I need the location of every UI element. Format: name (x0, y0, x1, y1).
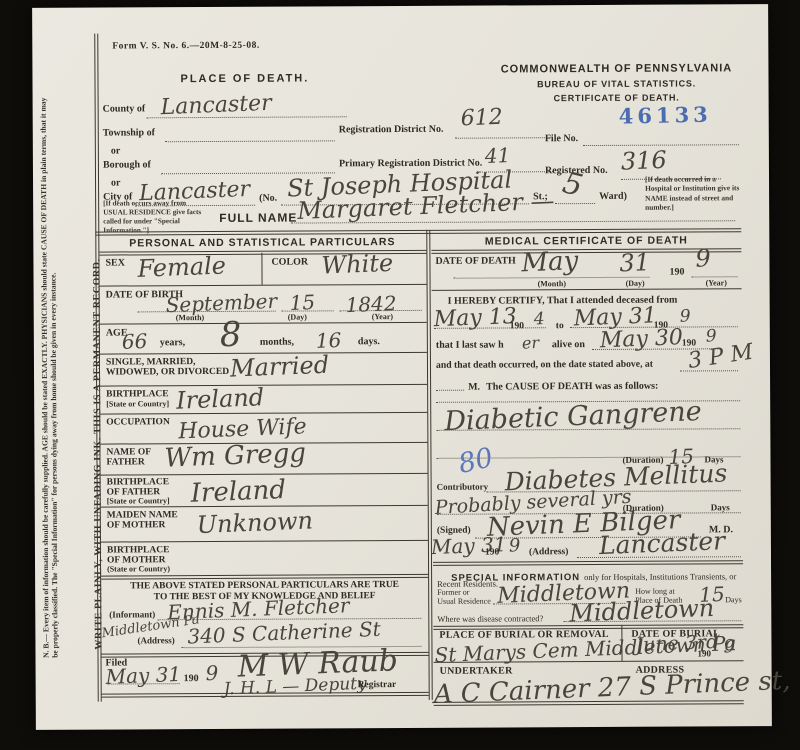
burial-year-value: 9 (723, 636, 735, 657)
age-days-value: 16 (315, 328, 341, 353)
last-saw-er: er (522, 333, 540, 353)
row-rule (100, 412, 427, 415)
file-no-label: File No. (545, 133, 578, 144)
row-rule (432, 288, 742, 291)
township-label: Township of (103, 127, 155, 138)
certificate-number-stamp: 46133 (618, 102, 712, 129)
sex-label: SEX (105, 257, 125, 268)
dotted-line (165, 140, 335, 142)
county-label: County of (103, 103, 146, 114)
filed-year-pre: 190 (184, 673, 199, 684)
last-saw-text2: alive on (552, 339, 585, 350)
dotted-line (680, 370, 738, 371)
father-birthplace-label: BIRTHPLACE (107, 477, 170, 487)
m-label: M. (468, 382, 480, 393)
dotted-line (282, 310, 334, 311)
hospital-note: [If death occurred in a Hospital or Inst… (645, 174, 743, 212)
mother-maiden-value: Unknown (196, 506, 313, 539)
birthplace-value: Ireland (176, 383, 265, 415)
color-label: COLOR (271, 256, 308, 267)
full-name-label: FULL NAME (219, 211, 297, 225)
row-rule (100, 322, 427, 325)
year-caption: (Year) (706, 278, 727, 287)
informant-address-label: (Address) (137, 635, 174, 645)
registrar-label: Registrar (358, 680, 397, 690)
informant-label: (Informant) (109, 609, 155, 619)
registered-no-value: 316 (620, 146, 667, 176)
father-name-label2: FATHER (106, 457, 144, 467)
age-months-value: 8 (219, 314, 242, 355)
certificate-paper: WRITE PLAINLY, WITH UNFADING INK. THIS I… (32, 4, 772, 730)
bureau-title: BUREAU OF VITAL STATISTICS. (488, 78, 744, 89)
howlong-days-label: Days (725, 595, 742, 604)
section-divider (433, 560, 743, 566)
section-divider (434, 700, 744, 706)
cell-divider (261, 253, 262, 285)
burial-year-pre: 190 (697, 648, 711, 658)
filed-year-value: 9 (205, 661, 219, 685)
dotted-line (455, 137, 553, 139)
column-divider (426, 230, 432, 700)
dod-day-value: 31 (619, 248, 651, 277)
statement-line1: THE ABOVE STATED PERSONAL PARTICULARS AR… (101, 580, 428, 592)
father-birthplace-value: Ireland (190, 475, 286, 509)
howlong-label: How long at (635, 587, 675, 596)
father-name-label: NAME OF (106, 447, 151, 457)
years-label: years, (160, 337, 185, 348)
dod-month-value: May (521, 246, 579, 278)
filed-date-value: May 31 (105, 662, 181, 689)
sign-address-value: Lancaster (598, 526, 725, 560)
father-birthplace-sublabel: [State or Country] (107, 496, 170, 505)
photographed-death-certificate: { "margin": { "warning": "WRITE PLAINLY,… (0, 0, 800, 750)
contracted-value: Middletown (569, 594, 715, 628)
date-of-death-label: DATE OF DEATH (435, 255, 515, 266)
month-caption: (Month) (538, 279, 566, 288)
mother-maiden-label2: OF MOTHER (107, 520, 166, 530)
sex-value: Female (137, 251, 227, 283)
year-caption: (Year) (372, 312, 393, 321)
place-of-death-title: PLACE OF DEATH. (180, 72, 309, 85)
ward-label: Ward) (599, 191, 627, 202)
contracted-label: Where was disease contracted? (437, 613, 543, 624)
days-label: days. (358, 336, 380, 347)
death-occurred-text: and that death occurred, on the date sta… (436, 359, 653, 371)
blue-pencil-mark: 80 (456, 442, 496, 480)
birthplace-sublabel: [State or Country] (106, 399, 169, 408)
borough-label: Borough of (103, 159, 151, 170)
form-number: Form V. S. No. 6.—20M-8-25-08. (112, 41, 259, 52)
dotted-line (577, 556, 741, 558)
street-no-label: (No. (259, 193, 277, 204)
registration-district-label: Registration District No. (339, 124, 444, 136)
row-rule (101, 540, 428, 543)
last-saw-text: that I last saw h (436, 339, 504, 350)
month-caption: (Month) (176, 313, 204, 322)
margin-nb-text: N. B.— Every item of information should … (39, 96, 61, 658)
undertaker-label: UNDERTAKER (440, 665, 513, 676)
dotted-line (555, 203, 595, 204)
dod-year-value: 9 (695, 244, 711, 273)
to-label: to (556, 321, 564, 331)
duration2-days-label: Days (711, 502, 730, 512)
mother-maiden-label: MAIDEN NAME (107, 510, 178, 520)
mother-birthplace-label: BIRTHPLACE (107, 545, 170, 555)
cause-intro-text: The CAUSE OF DEATH was as follows: (486, 381, 658, 393)
day-caption: (Day) (626, 279, 645, 288)
contributory-label: Contributory (437, 482, 489, 492)
usual-residence-note: [If death occurs away from USUAL RESIDEN… (103, 199, 211, 236)
row-rule (100, 284, 427, 287)
sign-year-value: 9 (509, 535, 521, 556)
death-time-value: 3 P M (686, 340, 754, 374)
dotted-line (147, 116, 347, 118)
primary-district-value: 41 (484, 143, 510, 168)
father-name-value: Wm Gregg (164, 438, 307, 474)
to-year-value: 9 (679, 306, 691, 326)
or-label: or (111, 177, 121, 188)
saw-year-value: 9 (705, 326, 717, 346)
section-divider (102, 692, 429, 698)
age-years-value: 66 (121, 329, 147, 354)
mother-birthplace-sublabel: (State or Country) (107, 564, 170, 573)
months-label: months, (260, 337, 294, 348)
marital-label2: WIDOWED, OR DIVORCED (106, 367, 229, 378)
or-label: or (111, 145, 121, 156)
section-divider (101, 574, 428, 580)
color-value: White (321, 249, 394, 280)
birthplace-label: BIRTHPLACE (106, 389, 169, 399)
occupation-label: OCCUPATION (106, 417, 170, 427)
marital-value: Married (229, 351, 329, 383)
registration-district-value: 612 (460, 105, 503, 132)
personal-section-title: PERSONAL AND STATISTICAL PARTICULARS (99, 236, 425, 250)
dotted-line (692, 276, 738, 277)
commonwealth-title: COMMONWEALTH OF PENNSYLVANIA (488, 62, 744, 75)
day-caption: (Day) (288, 312, 307, 321)
usual-residence-label2: Usual Residence (437, 597, 491, 606)
dod-year-pre: 190 (669, 267, 684, 278)
usual-residence-label: Former or (437, 588, 469, 597)
row-rule (434, 660, 744, 663)
marital-label: SINGLE, MARRIED, (106, 357, 196, 367)
sign-year-pre: 190 (485, 547, 499, 557)
dotted-line (436, 390, 464, 391)
sign-address-label: (Address) (529, 547, 568, 557)
